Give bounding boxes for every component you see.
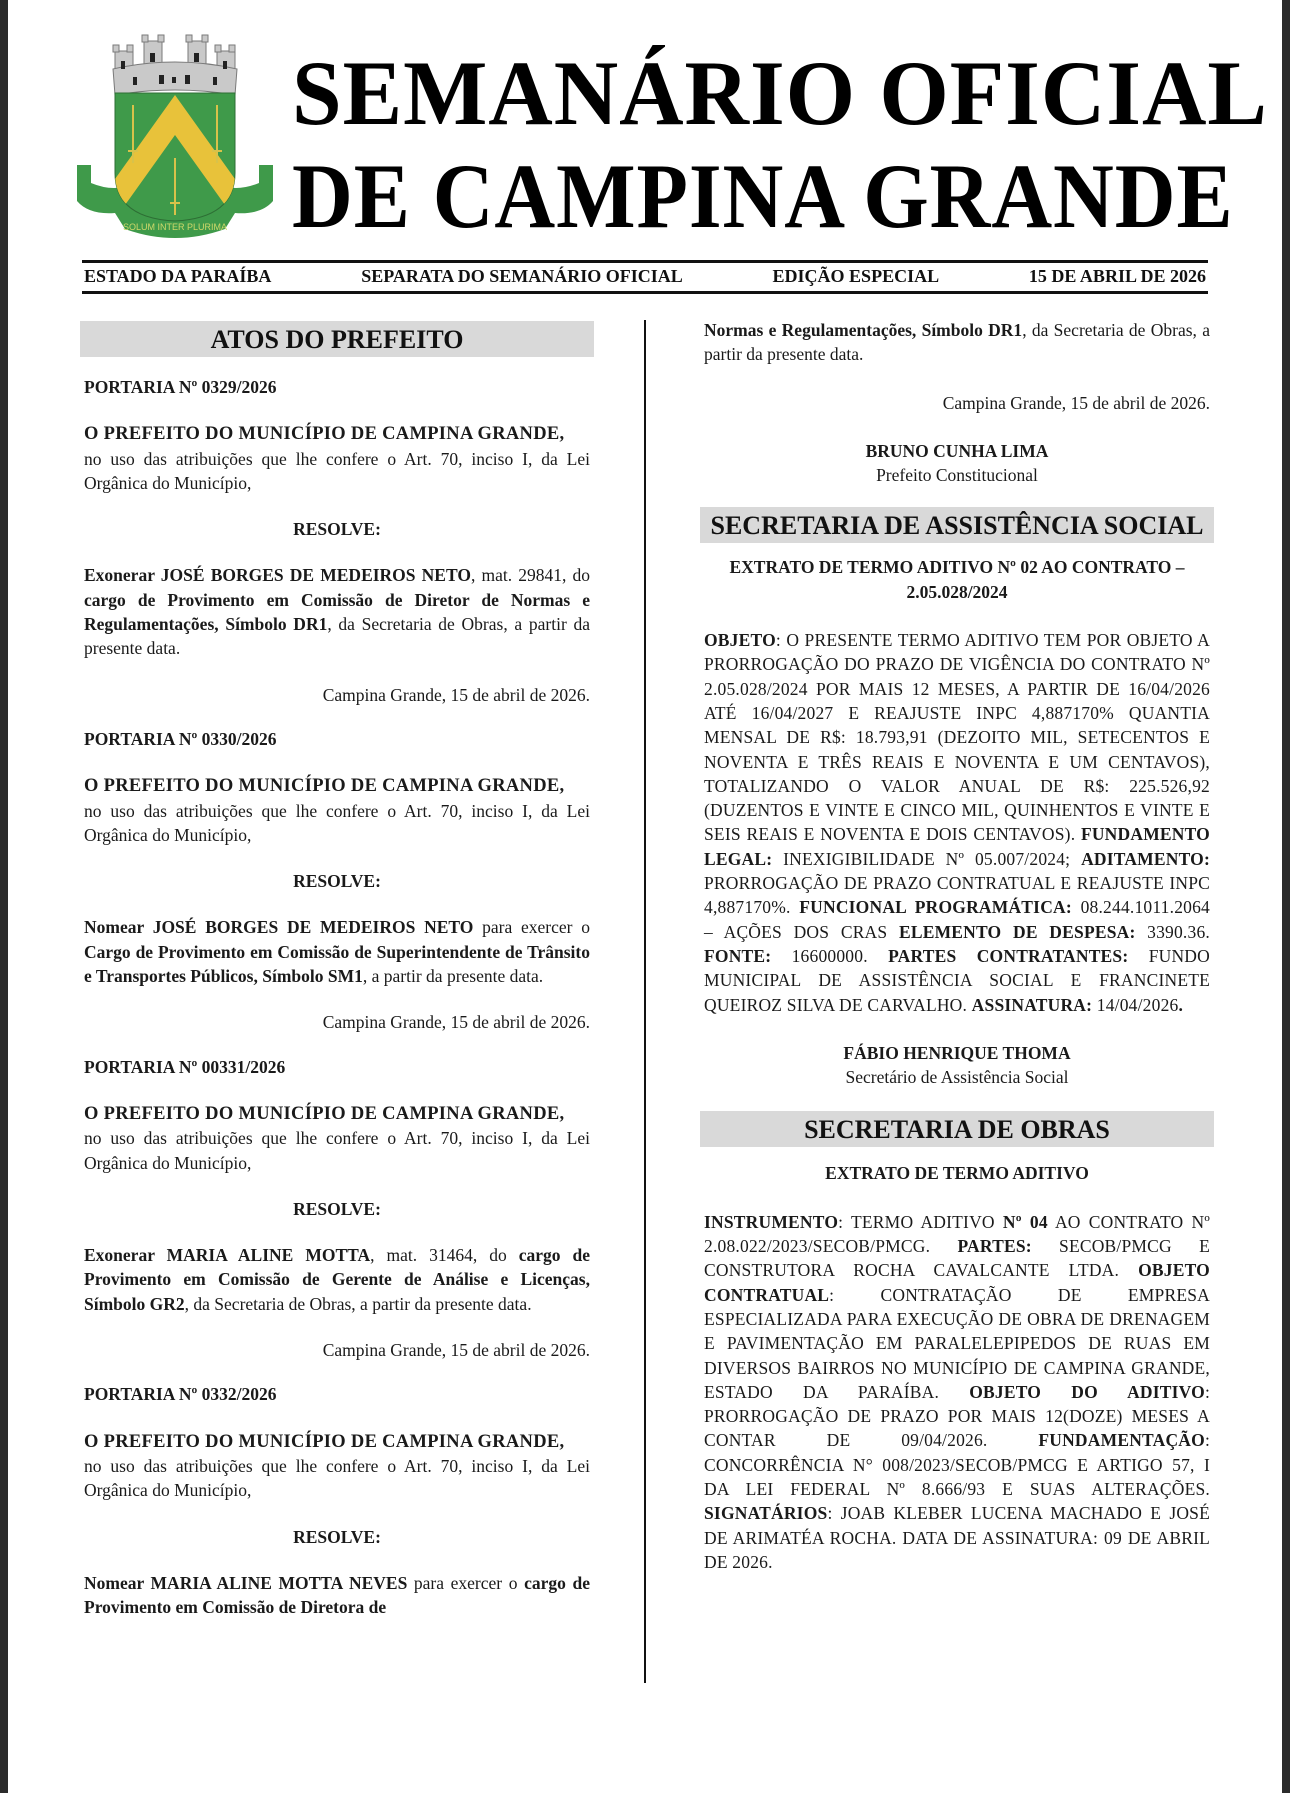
portaria-number: PORTARIA Nº 0330/2026 — [84, 727, 590, 751]
text-run: : TERMO ADITIVO — [838, 1212, 1003, 1232]
text-run: INEXIGIBILIDADE Nº 05.007/2024; — [772, 849, 1081, 869]
section-title-obras: SECRETARIA DE OBRAS — [700, 1111, 1214, 1147]
text-run: Nomear JOSÉ BORGES DE MEDEIROS NETO — [84, 917, 473, 937]
masthead-rule-top — [82, 260, 1208, 263]
resolve-label: RESOLVE: — [84, 869, 590, 893]
text-run: , mat. 31464, do — [370, 1245, 519, 1265]
portaria-preamble: O PREFEITO DO MUNICÍPIO DE CAMPINA GRAND… — [84, 1101, 590, 1175]
assistencia-doc-title: EXTRATO DE TERMO ADITIVO Nº 02 AO CONTRA… — [704, 555, 1210, 604]
mayor-signature-name: BRUNO CUNHA LIMA — [704, 439, 1210, 463]
portaria: PORTARIA Nº 00331/2026O PREFEITO DO MUNI… — [84, 1035, 590, 1363]
publication-label: SEPARATA DO SEMANÁRIO OFICIAL — [361, 266, 683, 288]
portaria-number: PORTARIA Nº 0332/2026 — [84, 1382, 590, 1406]
portaria-place-date: Campina Grande, 15 de abril de 2026. — [84, 1338, 590, 1362]
text-run: para exercer o — [473, 917, 590, 937]
portaria-body: Exonerar JOSÉ BORGES DE MEDEIROS NETO, m… — [84, 563, 590, 660]
preamble-authority: O PREFEITO DO MUNICÍPIO DE CAMPINA GRAND… — [84, 1432, 564, 1452]
preamble-text: no uso das atribuições que lhe confere o… — [84, 1456, 590, 1500]
mayor-signature-role: Prefeito Constitucional — [704, 463, 1210, 487]
masthead-title-line2: DE CAMPINA GRANDE — [292, 143, 1234, 249]
text-run: , mat. 29841, do — [471, 565, 590, 585]
preamble-authority: O PREFEITO DO MUNICÍPIO DE CAMPINA GRAND… — [84, 776, 564, 796]
preamble-authority: O PREFEITO DO MUNICÍPIO DE CAMPINA GRAND… — [84, 424, 564, 444]
masthead-title-line1: SEMANÁRIO OFICIAL — [292, 40, 1268, 146]
preamble-authority: O PREFEITO DO MUNICÍPIO DE CAMPINA GRAND… — [84, 1104, 564, 1124]
text-run: para exercer o — [407, 1573, 524, 1593]
text-run: FUNDAMENTAÇÃO — [1038, 1430, 1205, 1450]
resolve-label: RESOLVE: — [84, 1197, 590, 1221]
text-run: Exonerar — [84, 565, 161, 585]
viewer-edge-left — [0, 0, 8, 1793]
text-run: 14/04/2026 — [1092, 995, 1178, 1015]
text-run: . — [1179, 995, 1184, 1015]
text-run: ELEMENTO DE DESPESA: — [899, 922, 1136, 942]
portaria: PORTARIA Nº 0330/2026O PREFEITO DO MUNIC… — [84, 707, 590, 1035]
text-run: SIGNATÁRIOS — [704, 1503, 827, 1523]
text-run: : O PRESENTE TERMO ADITIVO TEM POR OBJET… — [704, 630, 1210, 844]
resolve-label: RESOLVE: — [84, 1525, 590, 1549]
text-run: ASSINATURA: — [972, 995, 1093, 1015]
edition-label: EDIÇÃO ESPECIAL — [773, 266, 940, 288]
text-run: OBJETO — [704, 630, 776, 650]
right-column: Normas e Regulamentações, Símbolo DR1, d… — [704, 318, 1210, 1574]
text-run: FUNCIONAL PROGRAMÁTICA: — [799, 897, 1072, 917]
portaria-body: Exonerar MARIA ALINE MOTTA, mat. 31464, … — [84, 1243, 590, 1316]
text-run: JOSÉ BORGES DE MEDEIROS NETO — [161, 565, 471, 585]
text-run: PARTES CONTRATANTES: — [888, 946, 1128, 966]
portaria-number: PORTARIA Nº 0329/2026 — [84, 375, 590, 399]
section-title-assistencia: SECRETARIA DE ASSISTÊNCIA SOCIAL — [700, 507, 1214, 543]
city-crest-icon: SOLUM INTER PLURIMA — [75, 33, 275, 243]
text-run: 3390.36. — [1136, 922, 1210, 942]
text-run: Normas e Regulamentações, Símbolo DR1 — [704, 320, 1022, 340]
continuation-place-date: Campina Grande, 15 de abril de 2026. — [704, 391, 1210, 415]
obras-doc-title: EXTRATO DE TERMO ADITIVO — [704, 1161, 1210, 1185]
crest-motto: SOLUM INTER PLURIMA — [123, 222, 227, 232]
continuation-paragraph: Normas e Regulamentações, Símbolo DR1, d… — [704, 318, 1210, 367]
portaria-body: Nomear MARIA ALINE MOTTA NEVES para exer… — [84, 1571, 590, 1620]
portaria: PORTARIA Nº 0332/2026O PREFEITO DO MUNIC… — [84, 1362, 590, 1619]
preamble-text: no uso das atribuições que lhe confere o… — [84, 1128, 590, 1172]
obras-body: INSTRUMENTO: TERMO ADITIVO Nº 04 AO CONT… — [704, 1210, 1210, 1574]
text-run: FONTE: — [704, 946, 771, 966]
portaria-preamble: O PREFEITO DO MUNICÍPIO DE CAMPINA GRAND… — [84, 1429, 590, 1503]
info-bar: ESTADO DA PARAÍBA SEPARATA DO SEMANÁRIO … — [84, 266, 1206, 288]
portaria-preamble: O PREFEITO DO MUNICÍPIO DE CAMPINA GRAND… — [84, 421, 590, 495]
left-column: ATOS DO PREFEITO PORTARIA Nº 0329/2026O … — [84, 318, 590, 1619]
portaria-place-date: Campina Grande, 15 de abril de 2026. — [84, 683, 590, 707]
preamble-text: no uso das atribuições que lhe confere o… — [84, 801, 590, 845]
publication-date: 15 DE ABRIL DE 2026 — [1029, 266, 1206, 288]
assistencia-body: OBJETO: O PRESENTE TERMO ADITIVO TEM POR… — [704, 628, 1210, 1017]
assistencia-signature-role: Secretário de Assistência Social — [704, 1065, 1210, 1089]
text-run: OBJETO DO ADITIVO — [969, 1382, 1205, 1402]
text-run: , a partir da presente data. — [363, 966, 543, 986]
portaria-place-date: Campina Grande, 15 de abril de 2026. — [84, 1010, 590, 1034]
text-run: ADITAMENTO: — [1081, 849, 1210, 869]
portaria-number: PORTARIA Nº 00331/2026 — [84, 1055, 590, 1079]
portaria-preamble: O PREFEITO DO MUNICÍPIO DE CAMPINA GRAND… — [84, 773, 590, 847]
column-divider — [644, 320, 646, 1683]
text-run: Nomear MARIA ALINE MOTTA NEVES — [84, 1573, 407, 1593]
viewer-edge-right — [1282, 0, 1290, 1793]
portaria-body: Nomear JOSÉ BORGES DE MEDEIROS NETO para… — [84, 915, 590, 988]
text-run: Nº 04 — [1003, 1212, 1048, 1232]
text-run: 16600000. — [771, 946, 888, 966]
text-run: PARTES: — [957, 1236, 1031, 1256]
text-run: , da Secretaria de Obras, a partir da pr… — [185, 1294, 532, 1314]
state-label: ESTADO DA PARAÍBA — [84, 266, 271, 288]
masthead-rule-bottom — [82, 291, 1208, 294]
preamble-text: no uso das atribuições que lhe confere o… — [84, 449, 590, 493]
section-title-atos: ATOS DO PREFEITO — [80, 321, 594, 357]
portaria: PORTARIA Nº 0329/2026O PREFEITO DO MUNIC… — [84, 357, 590, 707]
text-run: INSTRUMENTO — [704, 1212, 838, 1232]
assistencia-signature-name: FÁBIO HENRIQUE THOMA — [704, 1041, 1210, 1065]
resolve-label: RESOLVE: — [84, 517, 590, 541]
text-run: Exonerar MARIA ALINE MOTTA — [84, 1245, 370, 1265]
